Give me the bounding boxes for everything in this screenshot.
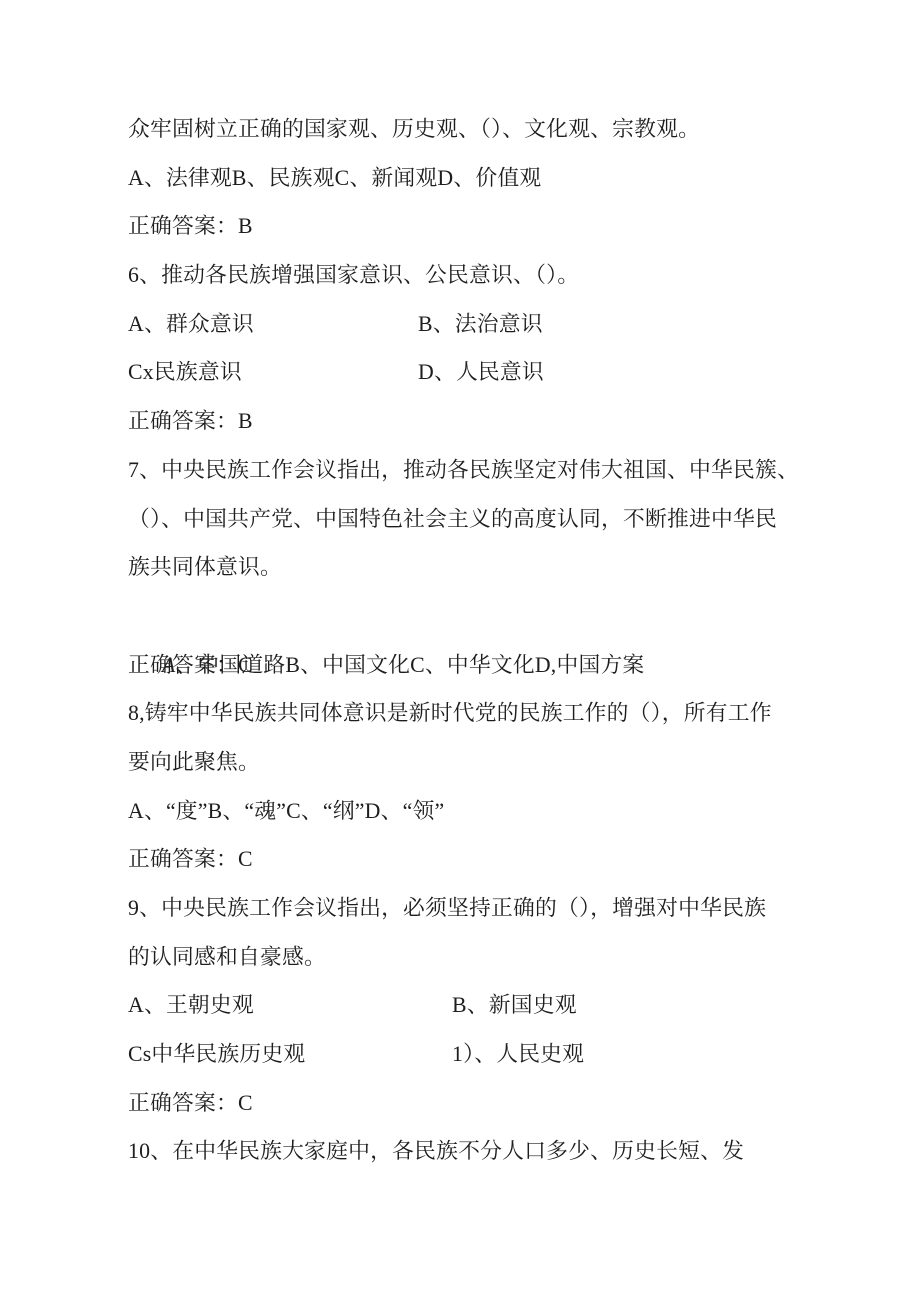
question-9-options-row-1: A、王朝史观 B、新国史观: [128, 981, 828, 1030]
question-6-option-a: A、群众意识: [128, 300, 418, 349]
question-5-options-line: A、法律观B、民族观C、新闻观D、价值观: [128, 154, 828, 203]
question-5-answer: 正确答案：B: [128, 202, 828, 251]
question-9-options-row-2: Cs中华民族历史观 1）、人民史观: [128, 1030, 828, 1079]
document-page: 众牢固树立正确的国家观、历史观、（）、文化观、宗教观。 A、法律观B、民族观C、…: [0, 0, 920, 1301]
question-6-stem: 6、推动各民族增强国家意识、公民意识、（）。: [128, 251, 828, 300]
question-6-answer: 正确答案：B: [128, 397, 828, 446]
question-6-option-d: D、人民意识: [418, 348, 544, 397]
question-5-stem-continuation: 众牢固树立正确的国家观、历史观、（）、文化观、宗教观。: [128, 105, 828, 154]
question-9-answer: 正确答案：C: [128, 1079, 828, 1128]
question-7-stem-line-3: 族共同体意识。: [128, 543, 828, 592]
document-body: 众牢固树立正确的国家观、历史观、（）、文化观、宗教观。 A、法律观B、民族观C、…: [128, 105, 828, 1176]
question-9-option-d: 1）、人民史观: [452, 1030, 584, 1079]
question-9-option-a: A、王朝史观: [128, 981, 452, 1030]
question-6-options-row-2: Cx民族意识 D、人民意识: [128, 348, 828, 397]
question-8-options-line: A、“度”B、“魂”C、“纲”D、“领”: [128, 787, 828, 836]
question-9-stem-line-2: 的认同感和自豪感。: [128, 933, 828, 982]
question-6-option-c: Cx民族意识: [128, 348, 418, 397]
question-6-options-row-1: A、群众意识 B、法治意识: [128, 300, 828, 349]
question-8-answer: 正确答案：C: [128, 835, 828, 884]
question-6-option-b: B、法治意识: [418, 300, 543, 349]
question-7-stem-line-2: （）、中国共产党、中国特色社会主义的高度认同，不断推进中华民: [128, 495, 828, 544]
question-10-stem-line-1: 10、在中华民族大家庭中，各民族不分人口多少、历史长短、发: [128, 1127, 828, 1176]
question-8-stem-line-2: 要向此聚焦。: [128, 738, 828, 787]
question-9-stem-line-1: 9、中央民族工作会议指出，必须坚持正确的（），增强对中华民族: [128, 884, 828, 933]
question-7-stem-line-1: 7、中央民族工作会议指出，推动各民族坚定对伟大祖国、中华民簇、: [128, 446, 828, 495]
question-7-options-line: A、中国道路B、中国文化C、中华文化D,中国方案: [128, 592, 828, 641]
question-9-option-c: Cs中华民族历史观: [128, 1030, 452, 1079]
question-9-option-b: B、新国史观: [452, 981, 577, 1030]
question-8-stem-line-1: 8,铸牢中华民族共同体意识是新时代党的民族工作的（），所有工作: [128, 689, 828, 738]
